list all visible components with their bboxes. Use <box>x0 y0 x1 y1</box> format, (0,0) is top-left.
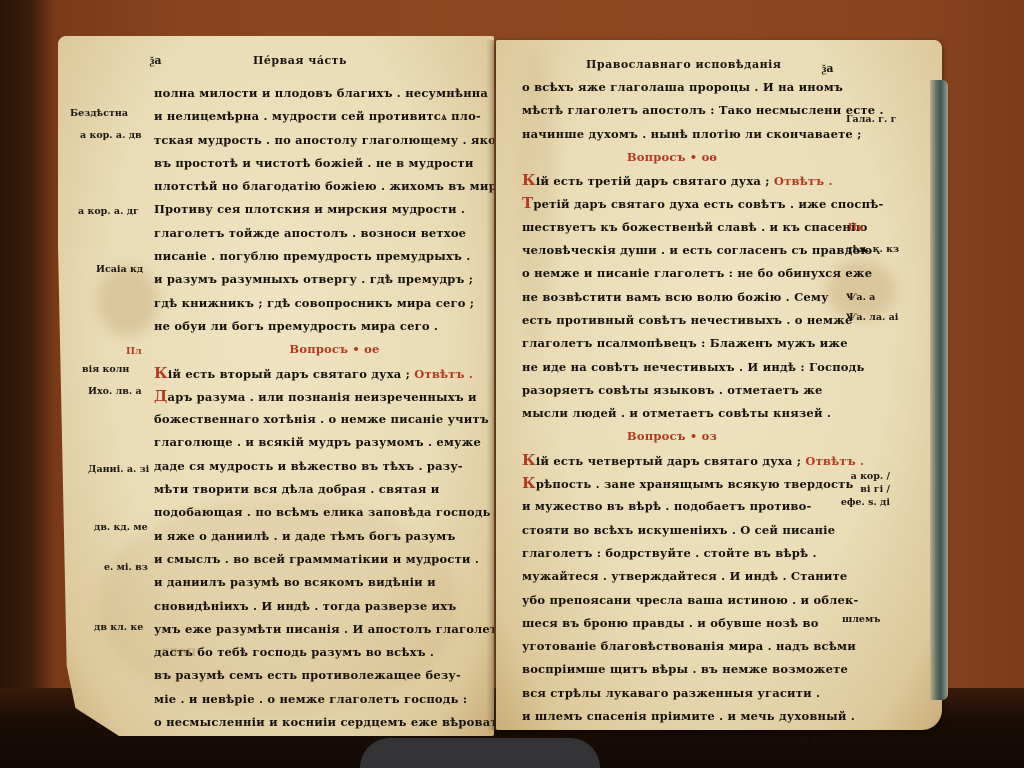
text-line: разоряетъ совѣты языковъ . отметаетъ же <box>522 379 884 402</box>
text-line: мѣстѣ глаголетъ апостолъ : Тако несмысле… <box>522 99 884 122</box>
red-initial: К <box>522 451 536 469</box>
text-line: мужайтеся . утверждайтеся . И индѣ . Ста… <box>522 565 884 588</box>
answer-rubric: Отвѣтъ . <box>774 174 833 188</box>
margin-note: дв кл. ке <box>94 622 143 633</box>
red-initial: Д <box>154 387 168 405</box>
text-line: глаголюще . и всякiй мудръ разумомъ . ем… <box>154 431 515 454</box>
text-line: тская мудрость . по апостолу глаголющему… <box>154 129 515 152</box>
text-line: не иде на совѣтъ нечестивыхъ . И индѣ : … <box>522 356 884 379</box>
margin-note: Ѱа. ла. аi <box>846 312 898 323</box>
red-initial: К <box>154 364 168 382</box>
text-line: полна милости и плодовъ благихъ . несумн… <box>154 82 515 105</box>
bleed-through-text: ГЛОП <box>162 648 196 659</box>
line-text: ій есть четвертый даръ святаго духа ; <box>536 454 801 468</box>
text-line: не обуи ли богъ премудрость мира сего . <box>154 315 515 338</box>
margin-note: а кор. а. дв <box>80 130 142 141</box>
text-line: Третiй даръ святаго духа есть совѣтъ . и… <box>522 192 884 215</box>
margin-note: е. мi. вз <box>104 562 148 573</box>
margin-note: Гала. г. г <box>846 114 896 125</box>
question-label: Вопросъ <box>627 429 686 443</box>
red-initial: К <box>522 474 536 492</box>
left-body-text: полна милости и плодовъ благихъ . несумн… <box>154 82 515 758</box>
text-line: подобающая . по всѣмъ елика заповѣда гос… <box>154 501 515 524</box>
text-line: мѣти творити вся дѣла добрая . святая и <box>154 478 515 501</box>
margin-note: шлемъ <box>842 614 881 625</box>
running-head: Пе́рвая ча́сть <box>253 54 347 67</box>
text-line: плотстѣй но благодатiю божiею . жихомъ в… <box>154 175 515 198</box>
text-line: человѣческiя души . и есть согласенъ съ … <box>522 239 884 262</box>
text-line: мiе . и невѣрiе . о немже глаголетъ госп… <box>154 688 515 711</box>
question-label: Вопросъ <box>289 342 348 356</box>
text-line: Даръ разума . или познанiя неизреченныхъ… <box>154 385 515 408</box>
text-line: и мужество въ вѣрѣ . подобаетъ противо- <box>522 495 884 518</box>
right-body-text: о всѣхъ яже глаголаша пророцы . И на ино… <box>522 76 884 752</box>
margin-note: Ѱа. а <box>846 292 875 303</box>
page-block-edge <box>930 80 948 700</box>
text-line: даде ся мудрость и вѣжество въ тѣхъ . ра… <box>154 455 515 478</box>
text-line: и нелицемѣрна . мудрости сей противитсѧ … <box>154 105 515 128</box>
margin-note: вiя колн <box>82 364 129 375</box>
margin-note: Бездѣстна <box>70 108 128 119</box>
text-line: въ простотѣ и чистотѣ божiей . не в мудр… <box>154 152 515 175</box>
water-stain <box>98 266 158 336</box>
text-line: уготованiе благовѣствованiя мира . надъ … <box>522 635 884 658</box>
margin-note: Даниi. а. зi <box>88 464 149 475</box>
text-line: Крѣпость . зане хранящымъ всякую твердос… <box>522 472 884 495</box>
text-line: начинше духомъ . нынѣ плотiю ли скончава… <box>522 123 884 146</box>
text-line: убо препоясани чресла ваша истиною . и о… <box>522 589 884 612</box>
folio-number: ѯа <box>150 54 162 67</box>
line-text: рѣпость . зане хранящымъ всякую твердост… <box>536 477 854 491</box>
right-page: Православнаго исповѣданiя ѯа о всѣхъ яже… <box>496 40 942 730</box>
question-heading: Вопросъ • оз <box>522 425 822 448</box>
text-line: дастъ бо тебѣ господь разумъ во всѣхъ . <box>154 641 515 664</box>
text-line: глаголетъ : бодрствуйте . стойте въ вѣрѣ… <box>522 542 884 565</box>
text-line: шествуетъ къ божественѣй славѣ . и къ сп… <box>522 216 884 239</box>
red-initial: Т <box>522 194 533 212</box>
text-line: Кій есть вторый даръ святаго духа ; Отвѣ… <box>154 362 515 385</box>
text-line: сновидѣнiихъ . И индѣ . тогда разверзе и… <box>154 595 515 618</box>
question-number: ое <box>364 342 379 356</box>
text-line: писанiе . погублю премудрость премудрыхъ… <box>154 245 515 268</box>
text-line: воспрiимше щитъ вѣры . въ немже возможет… <box>522 658 884 681</box>
text-line: и яже о даниилѣ . и даде тѣмъ богъ разум… <box>154 525 515 548</box>
answer-rubric: Отвѣтъ . <box>805 454 864 468</box>
margin-note: Исаiа кд <box>96 264 143 275</box>
text-line: о немже и писанiе глаголетъ : не бо обин… <box>522 262 884 285</box>
text-line: божественнаго хотѣнiя . о немже писанiе … <box>154 408 515 431</box>
margin-note: Пл <box>126 346 142 357</box>
question-number: оз <box>702 429 717 443</box>
text-line: Кій есть четвертый даръ святаго духа ; О… <box>522 449 884 472</box>
text-line: умъ еже разумѣти писанiя . И апостолъ гл… <box>154 618 515 641</box>
text-line: о всѣхъ яже глаголаша пророцы . И на ино… <box>522 76 884 99</box>
line-text: аръ разума . или познанiя неизреченныхъ … <box>168 390 477 404</box>
left-page: ѯа Пе́рвая ча́сть полна милости и плодов… <box>58 36 494 736</box>
folio-number: ѯа <box>822 62 834 75</box>
text-line: и шлемъ спасенiя прiимите . и мечь духов… <box>522 705 884 728</box>
text-line: о несмысленнiи и косниiи сердцемъ еже вѣ… <box>154 711 515 734</box>
margin-note: дв. кд. ме <box>94 522 148 533</box>
text-line: Кій есть третiй даръ святаго духа ; Отвѣ… <box>522 169 884 192</box>
question-label: Вопросъ <box>627 150 686 164</box>
margin-note: дѣя. к. кз <box>846 244 899 255</box>
red-initial: К <box>522 171 536 189</box>
line-text: ретiй даръ святаго духа есть совѣтъ . иж… <box>533 197 883 211</box>
text-line: не возвѣстити вамъ всю волю божiю . Сему <box>522 286 884 309</box>
text-line: и разумъ разумныхъ отвергу . гдѣ премудр… <box>154 268 515 291</box>
margin-note: а кор. а. дг <box>78 206 139 217</box>
text-line: глаголетъ тойжде апостолъ . возноси ветх… <box>154 222 515 245</box>
text-line: и даниилъ разумѣ во всякомъ видѣнiи и <box>154 571 515 594</box>
text-line: гдѣ книжникъ ; гдѣ совопросникъ мира сег… <box>154 292 515 315</box>
margin-note: Пк <box>848 222 864 233</box>
margin-note: Ихо. лв. а <box>88 386 142 397</box>
running-head: Православнаго исповѣданiя <box>586 58 781 71</box>
text-line: вся стрѣлы лукаваго разженныя угасити . <box>522 682 884 705</box>
text-line: шеся въ броню правды . и обувше нозѣ во <box>522 612 884 635</box>
question-number: оѳ <box>702 150 718 164</box>
text-line: и смыслъ . во всей граммматiкии и мудрос… <box>154 548 515 571</box>
line-text: ій есть вторый даръ святаго духа ; <box>168 367 410 381</box>
text-line: глаголетъ псалмопѣвецъ : Блаженъ мужъ иж… <box>522 332 884 355</box>
answer-rubric: Отвѣтъ . <box>414 367 473 381</box>
text-line: иже <box>522 728 828 751</box>
text-line: въ разумѣ семъ есть противолежащее безу- <box>154 664 515 687</box>
text-line: стояти во всѣхъ искушенiихъ . О сей писа… <box>522 519 884 542</box>
text-line: мысли людей . и отметаетъ совѣты князей … <box>522 402 884 425</box>
question-heading: Вопросъ • ое <box>154 338 515 361</box>
text-line: Противу сея плотския и мирския мудрости … <box>154 198 515 221</box>
line-text: ій есть третiй даръ святаго духа ; <box>536 174 770 188</box>
question-heading: Вопросъ • оѳ <box>522 146 822 169</box>
text-line: есть противный совѣтъ нечестивыхъ . о не… <box>522 309 884 332</box>
margin-note: а кор. / вi гi / ефе. ѕ. дi <box>840 470 890 509</box>
